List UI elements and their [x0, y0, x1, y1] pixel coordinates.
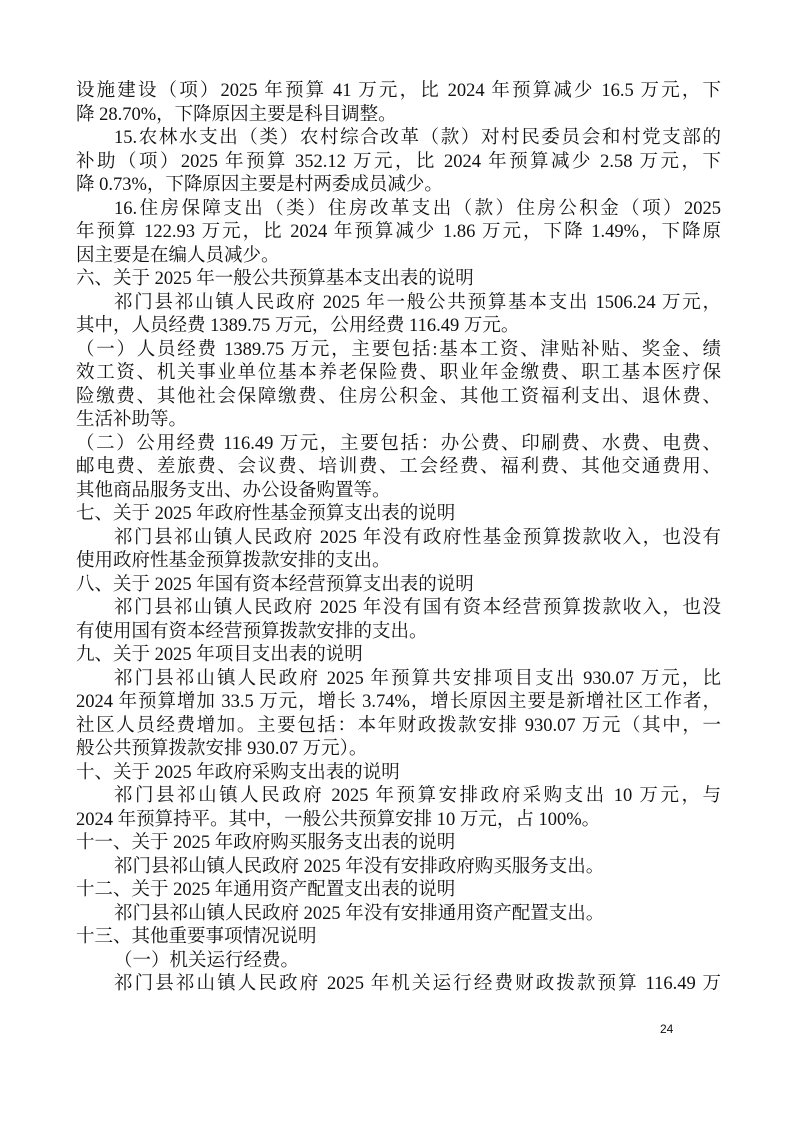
text-line: 祁门县祁山镇人民政府 2025 年没有安排政府购买服务支出。 [76, 856, 721, 880]
section-heading: 十二、关于 2025 年通用资产配置支出表的说明 [76, 879, 721, 903]
section-heading: 七、关于 2025 年政府性基金预算支出表的说明 [76, 503, 721, 527]
text-line: 祁门县祁山镇人民政府 2025 年机关运行经费财政拨款预算 116.49 万 [76, 973, 721, 997]
text-line: 祁门县祁山镇人民政府 2025 年预算安排政府采购支出 10 万元，与 [76, 785, 721, 809]
text-line: 社区人员经费增加。主要包括：本年财政拨款安排 930.07 万元（其中，一 [76, 715, 721, 739]
text-line: 其中，人员经费 1389.75 万元，公用经费 116.49 万元。 [76, 315, 721, 339]
section-heading: 八、关于 2025 年国有资本经营预算支出表的说明 [76, 574, 721, 598]
text-line: （一）人员经费 1389.75 万元，主要包括:基本工资、津贴补贴、奖金、绩 [76, 339, 721, 363]
text-line: 祁门县祁山镇人民政府 2025 年没有国有资本经营预算拨款收入，也没 [76, 597, 721, 621]
text-line: 险缴费、其他社会保障缴费、住房公积金、其他工资福利支出、退休费、 [76, 386, 721, 410]
text-line: 年预算 122.93 万元，比 2024 年预算减少 1.86 万元，下降 1.… [76, 221, 721, 245]
text-line: 其他商品服务支出、办公设备购置等。 [76, 480, 721, 504]
text-line: 2024 年预算持平。其中，一般公共预算安排 10 万元，占 100%。 [76, 809, 721, 833]
text-line: 祁门县祁山镇人民政府 2025 年一般公共预算基本支出 1506.24 万元， [76, 292, 721, 316]
text-line: 般公共预算拨款安排 930.07 万元）。 [76, 738, 721, 762]
section-heading: 十一、关于 2025 年政府购买服务支出表的说明 [76, 832, 721, 856]
text-line: 祁门县祁山镇人民政府 2025 年没有政府性基金预算拨款收入，也没有 [76, 527, 721, 551]
text-line: 16.住房保障支出（类）住房改革支出（款）住房公积金（项）2025 [76, 198, 721, 222]
text-line: 降 28.70%，下降原因主要是科目调整。 [76, 104, 721, 128]
section-heading: 六、关于 2025 年一般公共预算基本支出表的说明 [76, 268, 721, 292]
text-line: 因主要是在编人员减少。 [76, 245, 721, 269]
page-number: 24 [660, 1022, 673, 1036]
text-line: 祁门县祁山镇人民政府 2025 年没有安排通用资产配置支出。 [76, 903, 721, 927]
document-page: 设施建设（项）2025 年预算 41 万元，比 2024 年预算减少 16.5 … [0, 0, 793, 1122]
text-line: 降 0.73%，下降原因主要是村两委成员减少。 [76, 174, 721, 198]
text-line: 设施建设（项）2025 年预算 41 万元，比 2024 年预算减少 16.5 … [76, 80, 721, 104]
section-heading: 十、关于 2025 年政府采购支出表的说明 [76, 762, 721, 786]
text-line: 效工资、机关事业单位基本养老保险费、职业年金缴费、职工基本医疗保 [76, 362, 721, 386]
document-body: 设施建设（项）2025 年预算 41 万元，比 2024 年预算减少 16.5 … [76, 80, 721, 997]
subsection-heading: （一）机关运行经费。 [76, 950, 721, 974]
section-heading: 十三、其他重要事项情况说明 [76, 926, 721, 950]
section-heading: 九、关于 2025 年项目支出表的说明 [76, 644, 721, 668]
text-line: 邮电费、差旅费、会议费、培训费、工会经费、福利费、其他交通费用、 [76, 456, 721, 480]
text-line: 补助（项）2025 年预算 352.12 万元，比 2024 年预算减少 2.5… [76, 151, 721, 175]
text-line: （二）公用经费 116.49 万元，主要包括：办公费、印刷费、水费、电费、 [76, 433, 721, 457]
text-line: 有使用国有资本经营预算拨款安排的支出。 [76, 621, 721, 645]
text-line: 使用政府性基金预算拨款安排的支出。 [76, 550, 721, 574]
text-line: 2024 年预算增加 33.5 万元，增长 3.74%，增长原因主要是新增社区工… [76, 691, 721, 715]
text-line: 15.农林水支出（类）农村综合改革（款）对村民委员会和村党支部的 [76, 127, 721, 151]
text-line: 祁门县祁山镇人民政府 2025 年预算共安排项目支出 930.07 万元，比 [76, 668, 721, 692]
text-line: 生活补助等。 [76, 409, 721, 433]
